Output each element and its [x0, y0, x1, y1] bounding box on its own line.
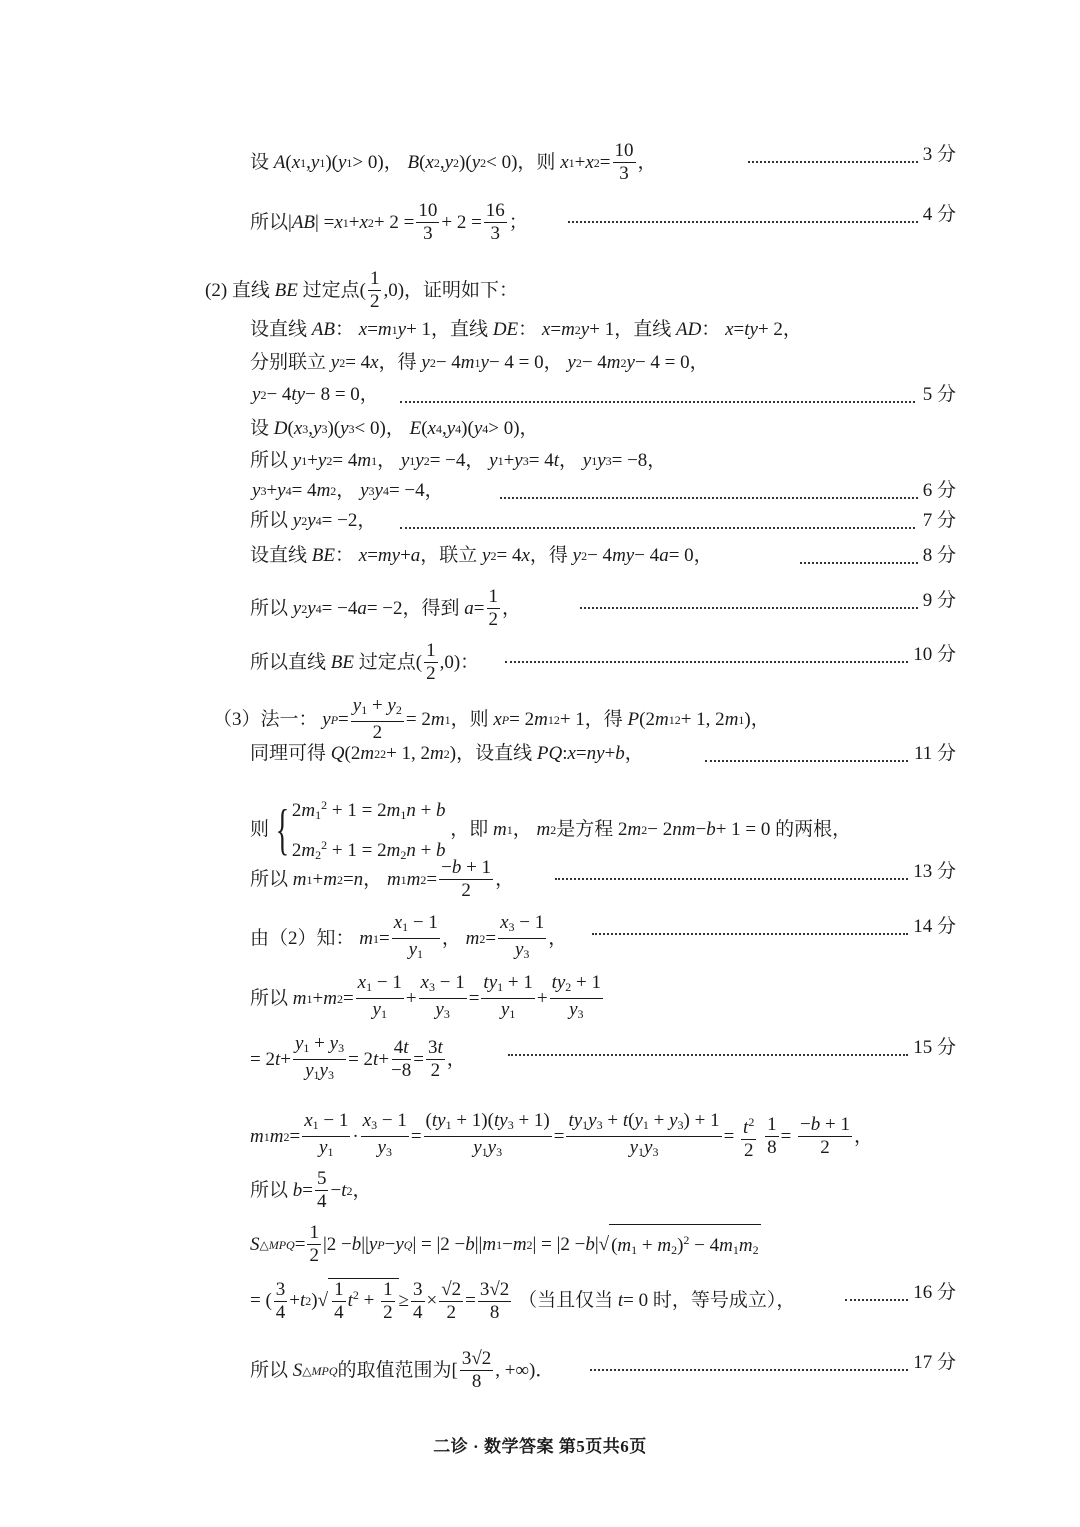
- text: （3）法一：: [213, 705, 318, 735]
- fraction: x1 − 1y1: [356, 972, 404, 1025]
- score: 13 分: [913, 857, 956, 887]
- dot-leader: [568, 191, 918, 223]
- text: ，则: [451, 705, 489, 735]
- part-2-heading: (2) 直线 BE 过定点(12,0)，证明如下：: [0, 268, 1080, 298]
- text: ，设直线: [456, 739, 532, 769]
- fraction: x3 − 1y3: [361, 1110, 409, 1163]
- fraction: √22: [439, 1279, 463, 1324]
- text: 的取值范围为: [338, 1356, 452, 1386]
- score: 16 分: [913, 1278, 956, 1308]
- line-13pts: 所以 m1 + m2 = n， m1m2 = −b + 12， 13 分: [0, 857, 1080, 887]
- score: 14 分: [913, 912, 956, 942]
- fraction: 3√28: [460, 1348, 493, 1393]
- fraction: 18: [765, 1114, 779, 1159]
- fraction: 54: [315, 1168, 329, 1213]
- fraction: x3 − 1y3: [419, 972, 467, 1025]
- line-10pts: 所以直线 BE 过定点(12,0)： 10 分: [0, 640, 1080, 670]
- text: 所以: [250, 1356, 288, 1386]
- line-define-DE: 设 D(x3,y3)(y3 < 0)， E(x4,y4)(y4 > 0)，: [0, 414, 1080, 444]
- part-3-method-1: （3）法一： yP = y1 + y22 = 2m1，则 xP = 2m12 +…: [0, 695, 1080, 725]
- line-4pts: 所以|AB| = x1 + x2 + 2 = 103+ 2 = 163； 4 分: [0, 200, 1080, 230]
- text: 是方程: [556, 815, 613, 845]
- text: 过定点: [303, 276, 360, 306]
- score: 8 分: [923, 541, 956, 571]
- text: 分别联立: [250, 348, 326, 378]
- text: 所以: [250, 594, 288, 624]
- dot-leader: [555, 848, 908, 880]
- text: 由（2）知：: [250, 924, 355, 954]
- score: 17 分: [913, 1348, 956, 1378]
- fraction: x1 − 1y1: [302, 1110, 350, 1163]
- fraction: 3√28: [478, 1279, 511, 1324]
- line-area: S△MPQ = 12|2 − b||yP − yQ| = |2 − b||m1 …: [0, 1222, 1080, 1252]
- fraction: 14: [332, 1279, 346, 1324]
- sqrt-expression: 14t2 + 12: [328, 1278, 399, 1324]
- score: 5 分: [923, 380, 956, 410]
- text: 则: [250, 815, 269, 845]
- line-sum-m: 所以 m1 + m2 = x1 − 1y1+x3 − 1y3=ty1 + 1y1…: [0, 972, 1080, 1002]
- fraction: −b + 12: [798, 1114, 852, 1159]
- fraction: x3 − 1y3: [498, 912, 546, 965]
- score: 10 分: [913, 640, 956, 670]
- text: 所以: [250, 984, 288, 1014]
- score: 3 分: [923, 140, 956, 170]
- line-16pts: = (34+ t2)√14t2 + 12 ≥ 34×√22=3√28 （当且仅当…: [0, 1278, 1080, 1308]
- fraction: ty1 + 1y1: [481, 972, 534, 1025]
- fraction: y1 + y3y1y3: [293, 1033, 346, 1086]
- text: ，证明如下：: [404, 276, 518, 306]
- fraction: 12: [307, 1222, 321, 1267]
- fraction: −b + 12: [439, 857, 493, 902]
- fraction: 12: [487, 586, 501, 631]
- line-b-value: 所以 b = 54− t2，: [0, 1168, 1080, 1198]
- dot-leader: [590, 1339, 908, 1371]
- fraction: 4t−8: [391, 1037, 411, 1082]
- fraction: x1 − 1y1: [392, 912, 440, 965]
- dot-leader: [592, 903, 908, 935]
- fraction: (ty1 + 1)(ty3 + 1)y1y3: [424, 1110, 552, 1163]
- text: 的两根，: [775, 815, 851, 845]
- fraction: 3t2: [426, 1037, 445, 1082]
- text: 设直线: [250, 541, 307, 571]
- line-17pts: 所以 S△MPQ的取值范围为[3√28, +∞)． 17 分: [0, 1348, 1080, 1378]
- text: ，即: [450, 815, 488, 845]
- score: 15 分: [913, 1033, 956, 1063]
- line-5pts: y2 − 4ty − 8 = 0， 5 分: [0, 380, 1080, 410]
- score: 9 分: [923, 586, 956, 616]
- text: 设直线: [250, 315, 307, 345]
- dot-leader: [748, 131, 918, 163]
- dot-leader: [400, 497, 915, 529]
- text: 过定点: [359, 648, 416, 678]
- score: 4 分: [923, 200, 956, 230]
- text: 所以: [250, 1176, 288, 1206]
- text: ，得: [585, 705, 623, 735]
- dot-leader: [505, 631, 908, 663]
- text: 所以直线: [250, 648, 326, 678]
- fraction: 12: [368, 268, 382, 313]
- text: ，得: [530, 541, 568, 571]
- text: ，得到: [403, 594, 460, 624]
- fraction: 103: [613, 140, 636, 185]
- line-11pts: 同理可得 Q(2m22 + 1, 2m2)，设直线 PQ : x = ny + …: [0, 739, 1080, 769]
- fraction: 12: [424, 640, 438, 685]
- dot-leader: [845, 1269, 908, 1301]
- score: 6 分: [923, 476, 956, 506]
- fraction: 103: [416, 200, 439, 245]
- dot-leader: [500, 467, 918, 499]
- fraction: 34: [274, 1279, 288, 1324]
- text: 所以: [250, 865, 288, 895]
- line-define-lines: 设直线 AB： x = m1y + 1，直线 DE： x = m2y + 1，直…: [0, 315, 1080, 345]
- sqrt-expression: (m1 + m2)2 − 4m1m2: [609, 1224, 761, 1265]
- line-3pts: 设 A(x1,y1)(y1 > 0)， B(x2,y2)(y2 < 0)，则 x…: [0, 140, 1080, 170]
- text: ，直线: [614, 315, 671, 345]
- fraction: 12: [381, 1279, 395, 1324]
- text: ，直线: [431, 315, 488, 345]
- fraction: 163: [484, 200, 507, 245]
- line-15pts: = 2t + y1 + y3y1y3 = 2t + 4t−8 = 3t2， 15…: [0, 1033, 1080, 1063]
- line-7pts: 所以 y2y4 = −2， 7 分: [0, 506, 1080, 536]
- line-9pts: 所以 y2y4 = −4a = −2，得到 a = 12， 9 分: [0, 586, 1080, 616]
- dot-leader: [508, 1024, 908, 1056]
- line-14pts: 由（2）知： m1 = x1 − 1y1， m2 = x3 − 1y3， 14 …: [0, 912, 1080, 942]
- fraction: 34: [411, 1279, 425, 1324]
- text: （当且仅当: [518, 1286, 613, 1316]
- dot-leader: [705, 730, 908, 762]
- dot-leader: [800, 532, 918, 564]
- fraction: y1 + y22: [351, 695, 404, 744]
- fraction: ty2 + 1y3: [550, 972, 603, 1025]
- dot-leader: [580, 577, 918, 609]
- line-8pts: 设直线 BE： x = my + a，联立 y2 = 4x，得 y2 − 4my…: [0, 541, 1080, 571]
- page-footer: 二诊 · 数学答案 第5页共6页: [0, 1432, 1080, 1457]
- line-product-m: m1m2 = x1 − 1y1·x3 − 1y3=(ty1 + 1)(ty3 +…: [0, 1110, 1080, 1140]
- fraction: t22: [741, 1111, 756, 1162]
- fraction: ty1y3 + t(y1 + y3) + 1y1y3: [566, 1110, 721, 1163]
- text: ，联立: [420, 541, 477, 571]
- text: 同理可得: [250, 739, 326, 769]
- text: 所以: [250, 446, 288, 476]
- text: (2) 直线: [205, 276, 270, 306]
- score: 7 分: [923, 506, 956, 536]
- text: 设: [250, 414, 269, 444]
- text: 时，等号成立），: [653, 1286, 796, 1316]
- text: 则: [536, 148, 555, 178]
- score: 11 分: [914, 739, 956, 769]
- text: 所以: [250, 208, 288, 238]
- text: 所以: [250, 506, 288, 536]
- dot-leader: [400, 371, 915, 403]
- line-system: 则 { 2m12 + 1 = 2m1n + b 2m22 + 1 = 2m2n …: [0, 790, 1080, 820]
- text: 设: [250, 148, 269, 178]
